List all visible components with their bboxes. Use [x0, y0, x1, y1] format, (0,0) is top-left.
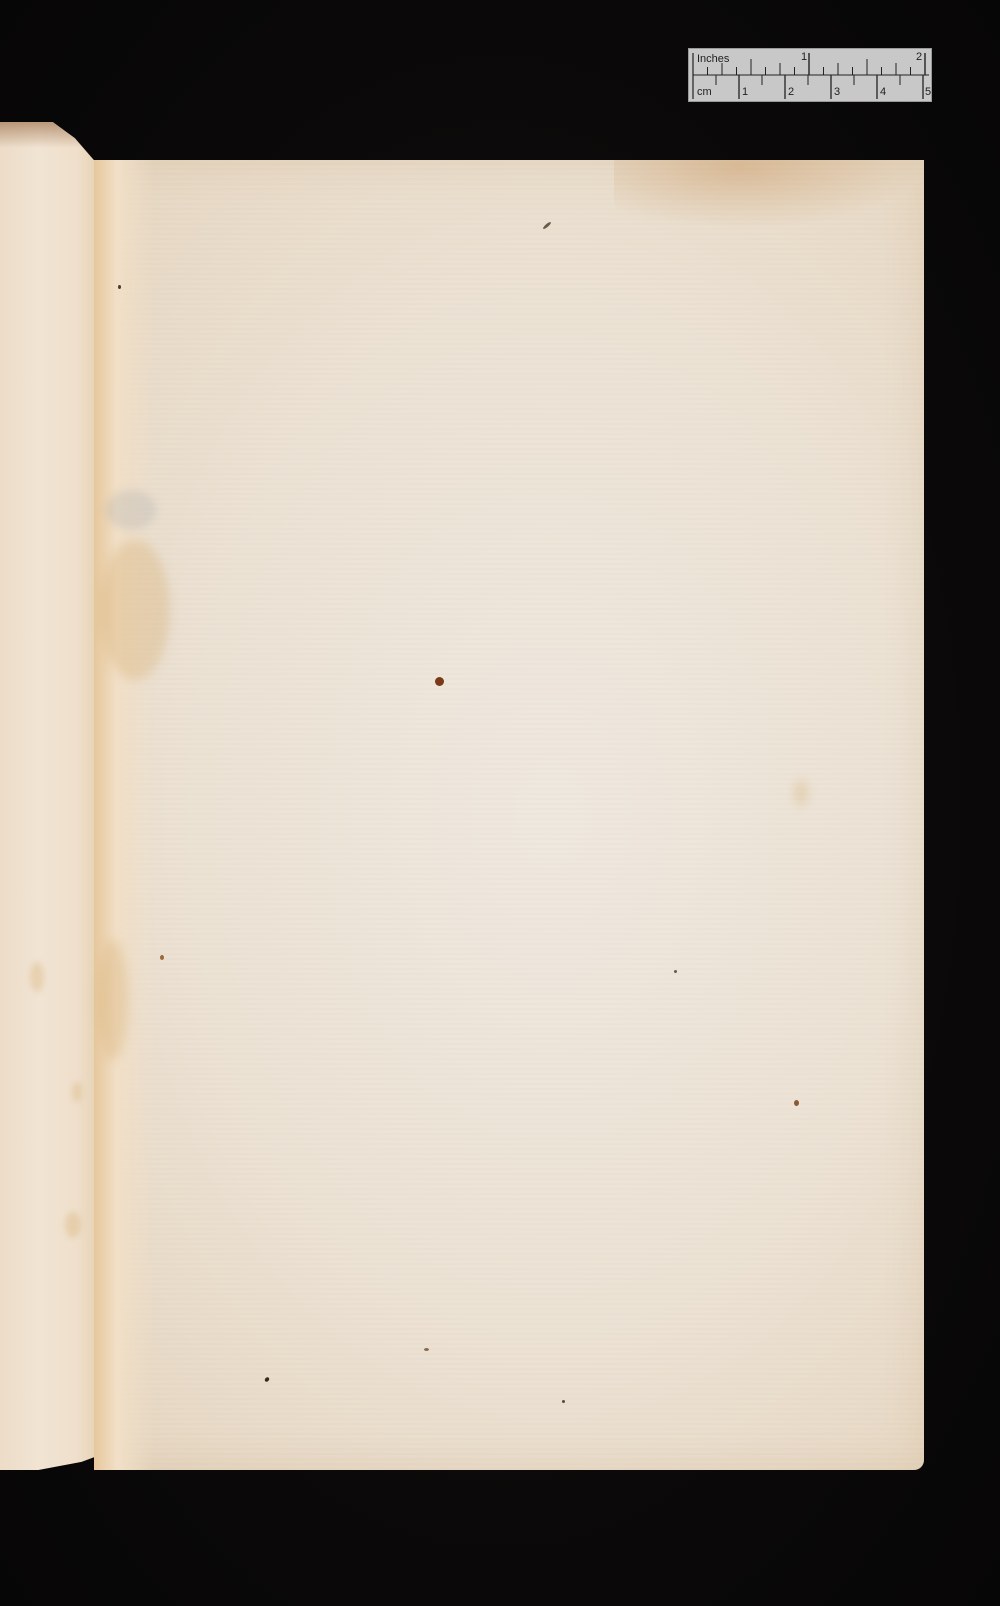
ruler-cm-tick-label: 1 — [742, 87, 748, 98]
left-page-edge — [0, 122, 96, 1470]
manuscript-page — [94, 160, 924, 1470]
ruler-cm-tick-label: 5 — [925, 87, 931, 98]
left-page-stain — [65, 1212, 81, 1238]
small-spot — [794, 1100, 799, 1106]
gutter-water-stain — [94, 160, 116, 1470]
ink-spot — [435, 677, 444, 686]
gutter-tide-mark — [98, 940, 128, 1060]
hair-mark — [542, 221, 552, 230]
top-edge-stain — [614, 160, 924, 230]
ruler-cm-tick-label: 2 — [788, 87, 794, 98]
foxing-spot — [794, 780, 808, 806]
left-page-stain — [72, 1082, 82, 1102]
left-page-stain — [30, 962, 44, 992]
small-spot — [118, 285, 121, 289]
grey-blot — [106, 490, 156, 530]
scale-ruler: Inches 1 2 cm 1 2 3 4 5 — [688, 48, 932, 102]
ruler-cm-label: cm — [697, 87, 712, 98]
ruler-cm-tick-label: 4 — [880, 87, 886, 98]
small-spot — [160, 955, 164, 960]
small-spot — [264, 1376, 270, 1382]
small-spot — [674, 970, 677, 973]
small-spot — [424, 1348, 429, 1351]
ruler-inch-tick-label: 1 — [801, 52, 807, 63]
ruler-inch-tick-label: 2 — [916, 52, 922, 63]
gutter-tide-mark — [100, 540, 170, 680]
small-spot — [562, 1400, 565, 1403]
ruler-inches-label: Inches — [697, 54, 729, 65]
ruler-cm-tick-label: 3 — [834, 87, 840, 98]
